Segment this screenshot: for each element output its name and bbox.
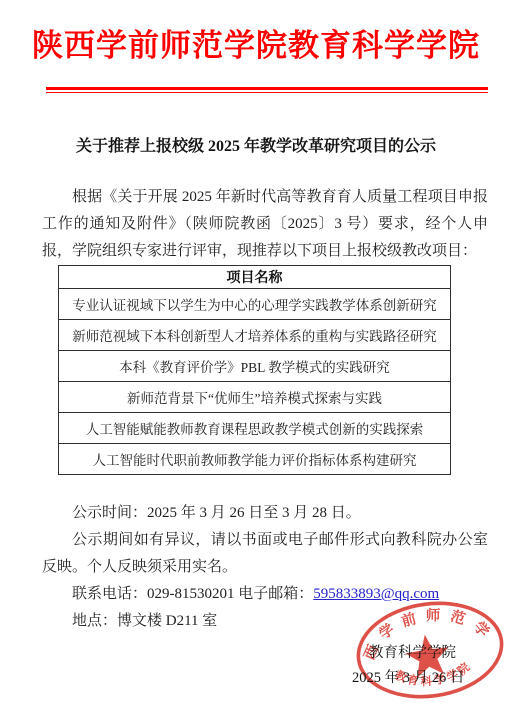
notice-period: 公示时间：2025 年 3 月 26 日至 3 月 28 日。 <box>42 500 488 527</box>
notice-block: 公示时间：2025 年 3 月 26 日至 3 月 28 日。 公示期间如有异议… <box>42 500 488 635</box>
projects-table: 项目名称 专业认证视域下以学生为中心的心理学实践教学体系创新研究 新师范视域下本… <box>58 265 451 475</box>
table-header-cell: 项目名称 <box>59 266 451 289</box>
project-name-cell: 新师范视域下本科创新型人才培养体系的重构与实践路径研究 <box>59 320 451 351</box>
notice-location: 地点：博文楼 D211 室 <box>42 608 488 635</box>
intro-paragraph: 根据《关于开展 2025 年新时代高等教育育人质量工程项目申报工作的通知及附件》… <box>42 184 488 265</box>
table-row: 人工智能时代职前教师教学能力评价指标体系构建研究 <box>59 444 451 475</box>
table-row: 人工智能赋能教师教育课程思政教学模式创新的实践探索 <box>59 413 451 444</box>
project-name-cell: 人工智能时代职前教师教学能力评价指标体系构建研究 <box>59 444 451 475</box>
project-name-cell: 专业认证视域下以学生为中心的心理学实践教学体系创新研究 <box>59 289 451 320</box>
announcement-document: 陕西学前师范学院教育科学学院 关于推荐上报校级 2025 年教学改革研究项目的公… <box>0 0 512 721</box>
signature-date: 2025 年 3 月 26 日 <box>352 666 464 687</box>
table-row: 本科《教育评价学》PBL 教学模式的实践研究 <box>59 351 451 382</box>
notice-contact: 联系电话：029-81530201 电子邮箱：595833893@qq.com <box>42 581 488 608</box>
notice-objection: 公示期间如有异议，请以书面或电子邮件形式向教科院办公室反映。个人反映须采用实名。 <box>42 527 488 581</box>
letterhead-title: 陕西学前师范学院教育科学学院 <box>0 20 512 65</box>
email-link[interactable]: 595833893@qq.com <box>313 586 439 602</box>
table-row: 专业认证视域下以学生为中心的心理学实践教学体系创新研究 <box>59 289 451 320</box>
document-title: 关于推荐上报校级 2025 年教学改革研究项目的公示 <box>0 133 512 156</box>
project-name-cell: 新师范背景下“优师生”培养模式探索与实践 <box>59 382 451 413</box>
project-name-cell: 本科《教育评价学》PBL 教学模式的实践研究 <box>59 351 451 382</box>
table-header-row: 项目名称 <box>59 266 451 289</box>
project-name-cell: 人工智能赋能教师教育课程思政教学模式创新的实践探索 <box>59 413 451 444</box>
table-row: 新师范视域下本科创新型人才培养体系的重构与实践路径研究 <box>59 320 451 351</box>
contact-prefix: 联系电话：029-81530201 电子邮箱： <box>72 586 313 602</box>
signature-org: 教育科学学院 <box>369 641 456 662</box>
red-divider-line <box>46 87 488 93</box>
table-row: 新师范背景下“优师生”培养模式探索与实践 <box>59 382 451 413</box>
